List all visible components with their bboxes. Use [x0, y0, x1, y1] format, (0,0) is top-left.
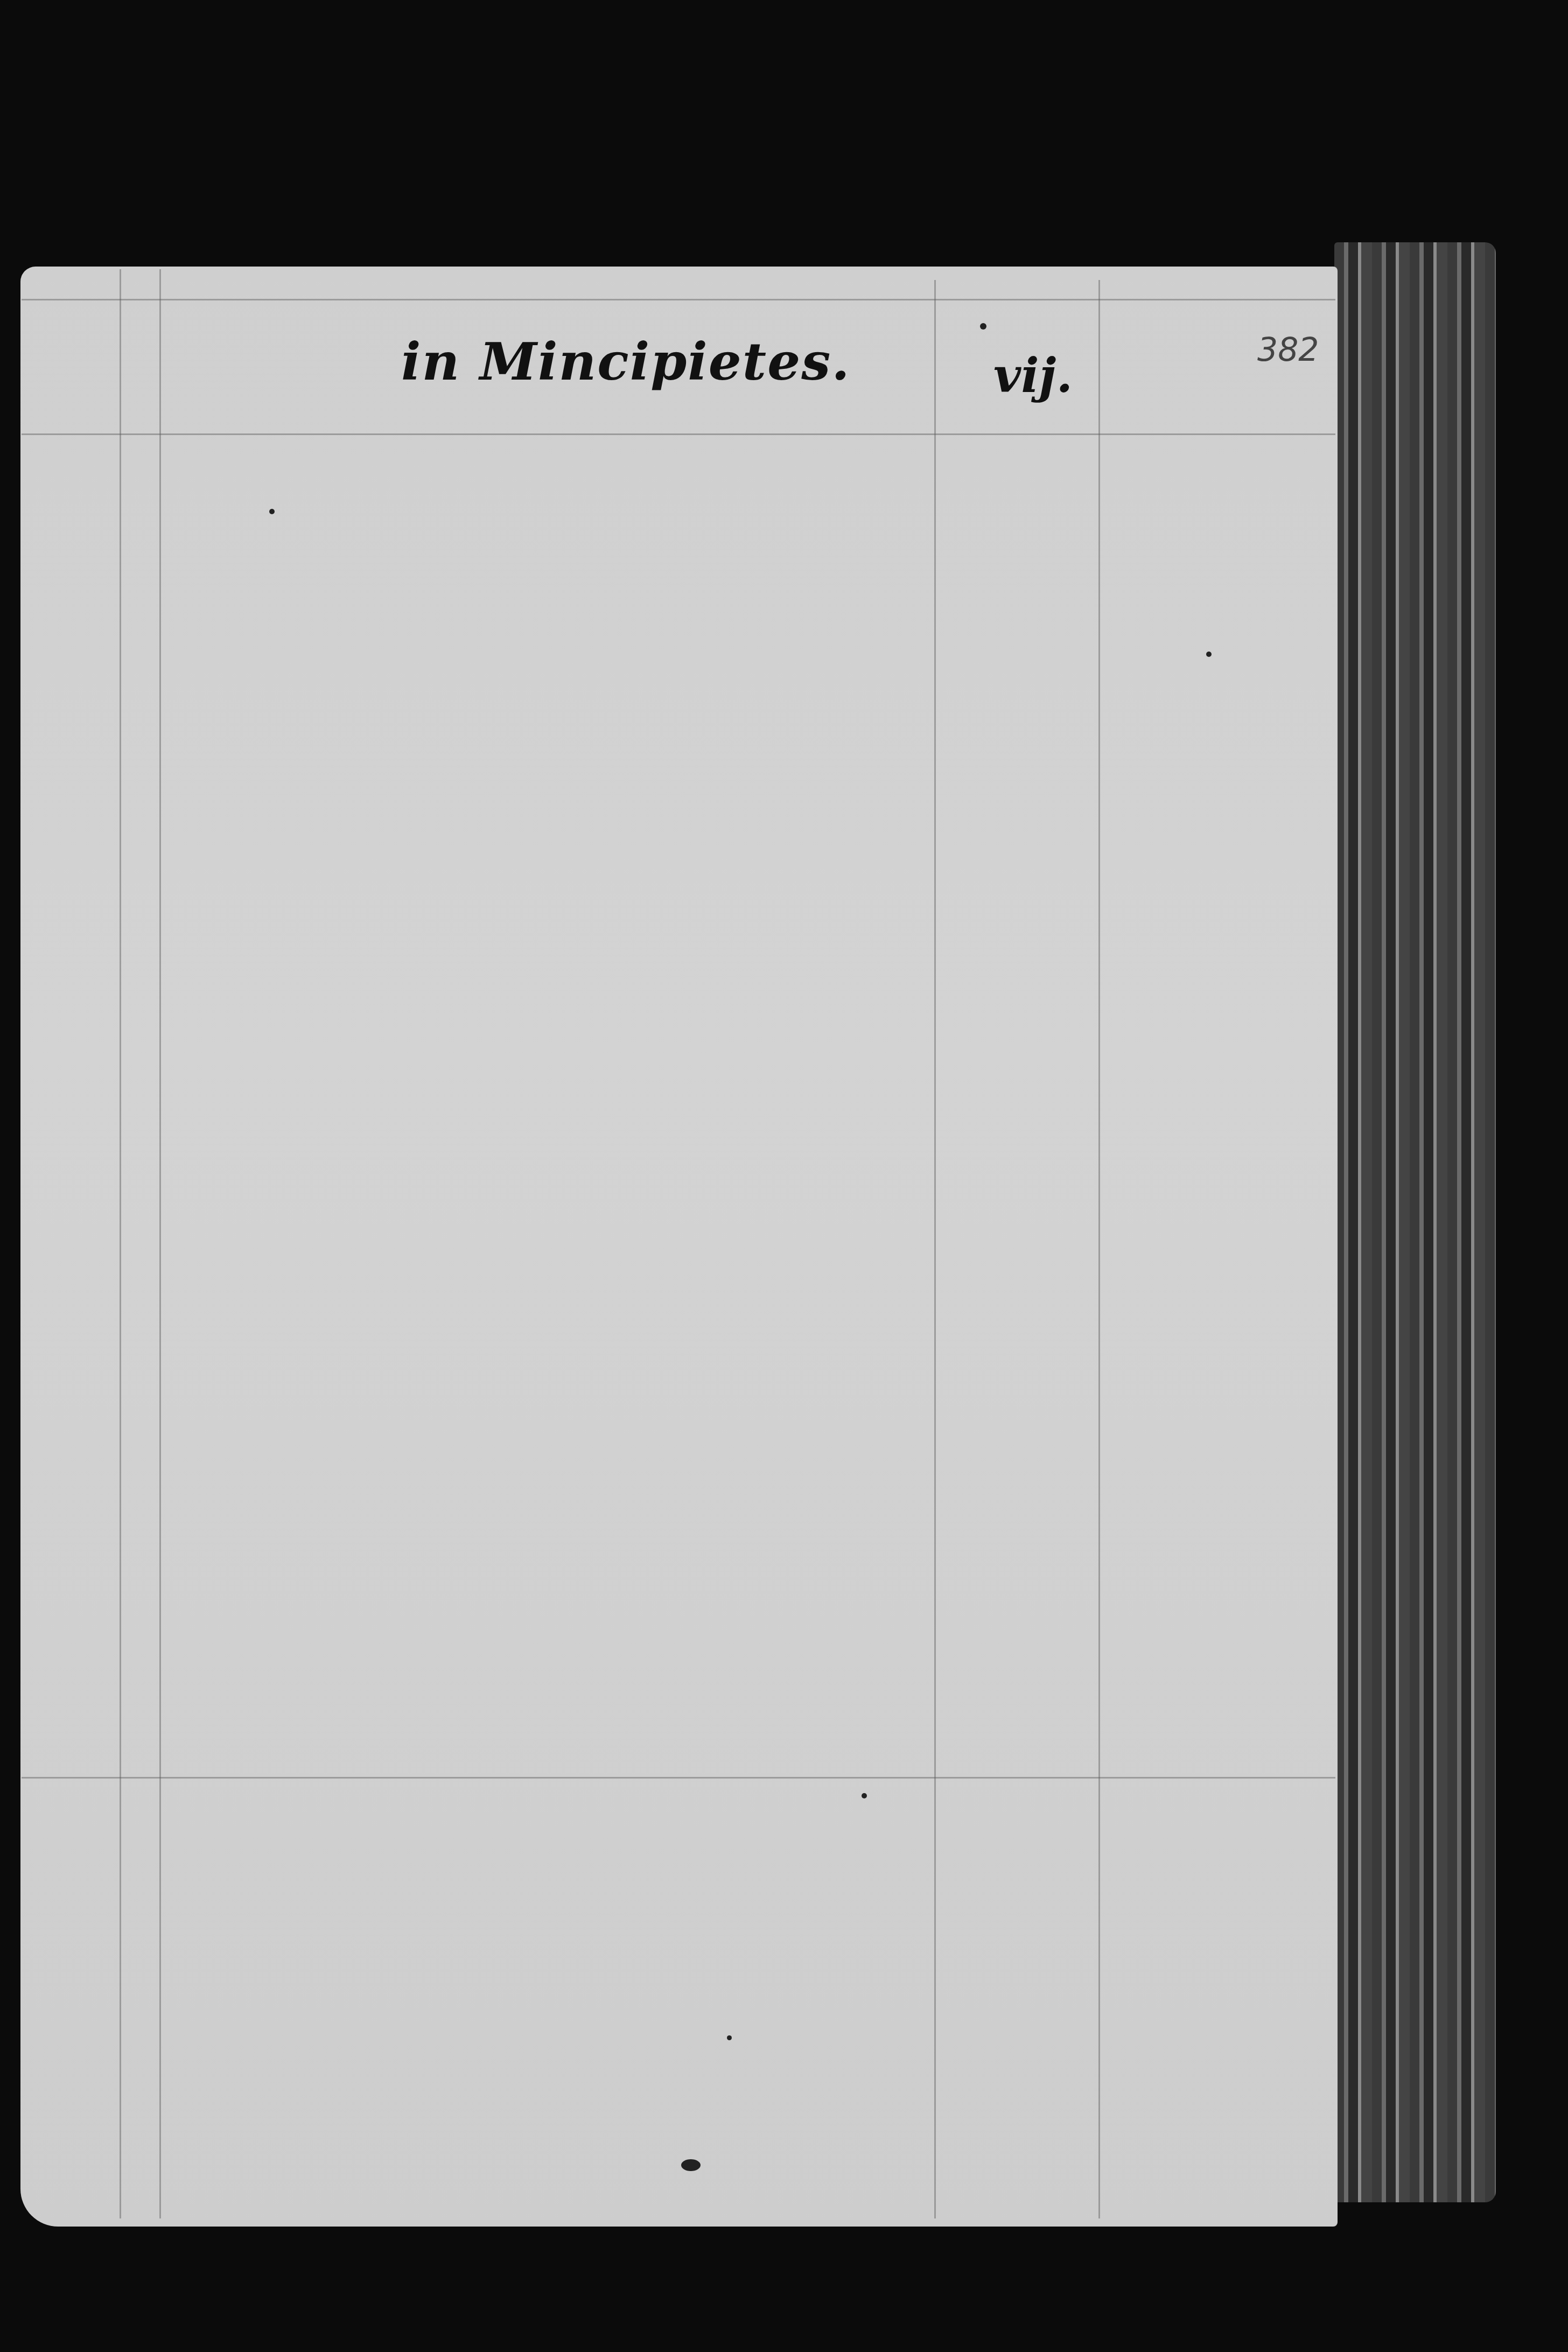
column-rule-2 — [1098, 280, 1100, 2218]
folio-number: vij. — [993, 347, 1073, 403]
footer-rule — [22, 1777, 1335, 1779]
header-rule-bottom — [22, 433, 1335, 435]
ink-speck — [862, 1793, 867, 1798]
manuscript-page — [20, 267, 1338, 2227]
ink-spot — [681, 2159, 701, 2171]
book-fore-edge — [1334, 242, 1496, 2202]
column-rule-1 — [934, 280, 936, 2218]
ink-speck — [1206, 652, 1212, 657]
ink-speck — [269, 509, 275, 514]
page-heading: in Mincipietes. — [401, 331, 851, 392]
pencil-page-number: 382 — [1257, 331, 1319, 369]
margin-rule-left-inner — [159, 269, 161, 2218]
ink-speck — [980, 323, 986, 330]
header-rule-top — [22, 299, 1335, 300]
ink-speck — [727, 2035, 732, 2040]
margin-rule-left-outer — [120, 269, 121, 2218]
